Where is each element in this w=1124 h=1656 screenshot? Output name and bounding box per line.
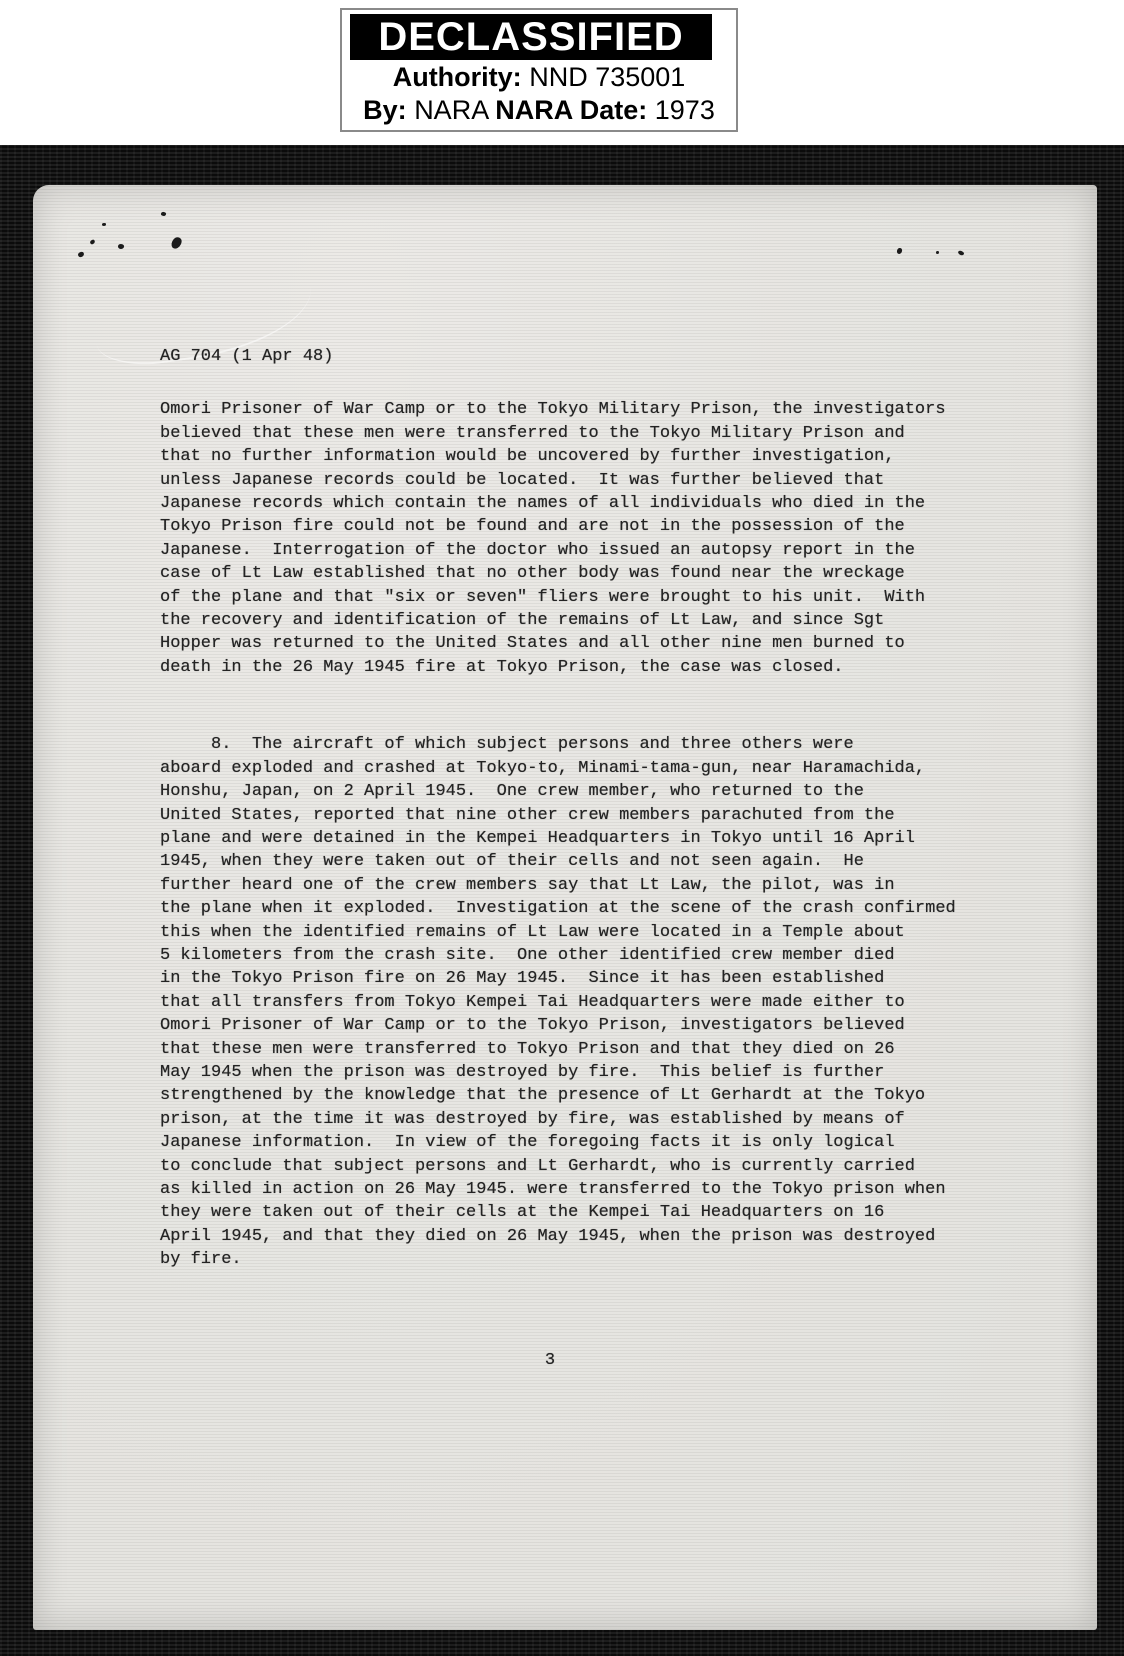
ink-speck [897,248,903,255]
ink-speck [170,236,183,251]
ink-speck [936,251,939,254]
document-reference-line: AG 704 (1 Apr 48) [160,345,982,368]
document-text-block: AG 704 (1 Apr 48) Omori Prisoner of War … [160,345,982,1372]
stamp-header-area: DECLASSIFIED Authority: NND 735001 By: N… [0,0,1124,145]
by-value: NARA [414,95,488,125]
ink-speck [89,239,95,245]
authority-value: NND 735001 [529,62,685,92]
stamp-authority-line: Authority: NND 735001 [342,62,736,93]
document-page: AG 704 (1 Apr 48) Omori Prisoner of War … [33,185,1097,1630]
ink-speck [160,211,166,216]
declassified-title: DECLASSIFIED [350,14,712,60]
nara-date-label: NARA Date: [495,95,647,125]
nara-date-value: 1973 [655,95,715,125]
ink-speck [77,251,84,257]
ink-speck [102,223,106,226]
by-label: By: [363,95,407,125]
paragraph-8: 8. The aircraft of which subject persons… [160,733,982,1271]
paragraph-continued: Omori Prisoner of War Camp or to the Tok… [160,398,982,679]
ink-speck [117,243,124,249]
scanned-page-background: AG 704 (1 Apr 48) Omori Prisoner of War … [0,145,1124,1656]
page-number: 3 [160,1349,940,1372]
authority-label: Authority: [393,62,522,92]
stamp-by-line: By: NARA NARA Date: 1973 [342,95,736,126]
declassified-stamp: DECLASSIFIED Authority: NND 735001 By: N… [340,8,738,132]
ink-speck [957,250,964,256]
